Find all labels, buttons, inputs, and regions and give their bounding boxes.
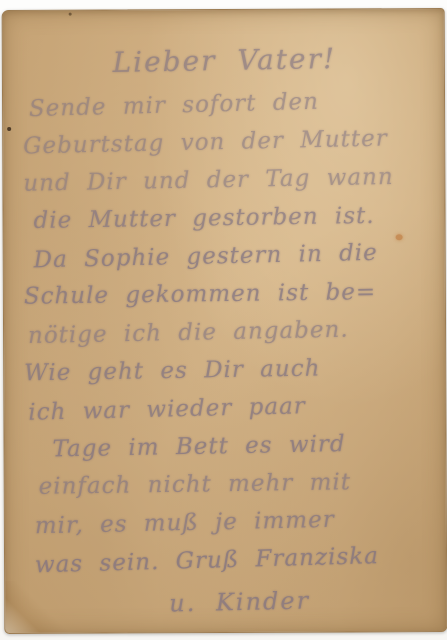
handwritten-letter: Lieber Vater! Sende mir sofort den Gebur…	[3, 9, 447, 633]
letter-line: und Dir und der Tag wann	[23, 163, 433, 208]
letter-body: Sende mir sofort den Geburtstag von der …	[17, 90, 434, 586]
postcard-photo: Lieber Vater! Sende mir sofort den Gebur…	[0, 0, 447, 640]
letter-closing-signature: u. Kinder	[169, 584, 435, 618]
postcard-paper: Lieber Vater! Sende mir sofort den Gebur…	[2, 8, 447, 634]
letter-line: Tage im Bett es wird	[52, 429, 434, 474]
letter-salutation: Lieber Vater!	[17, 40, 433, 81]
